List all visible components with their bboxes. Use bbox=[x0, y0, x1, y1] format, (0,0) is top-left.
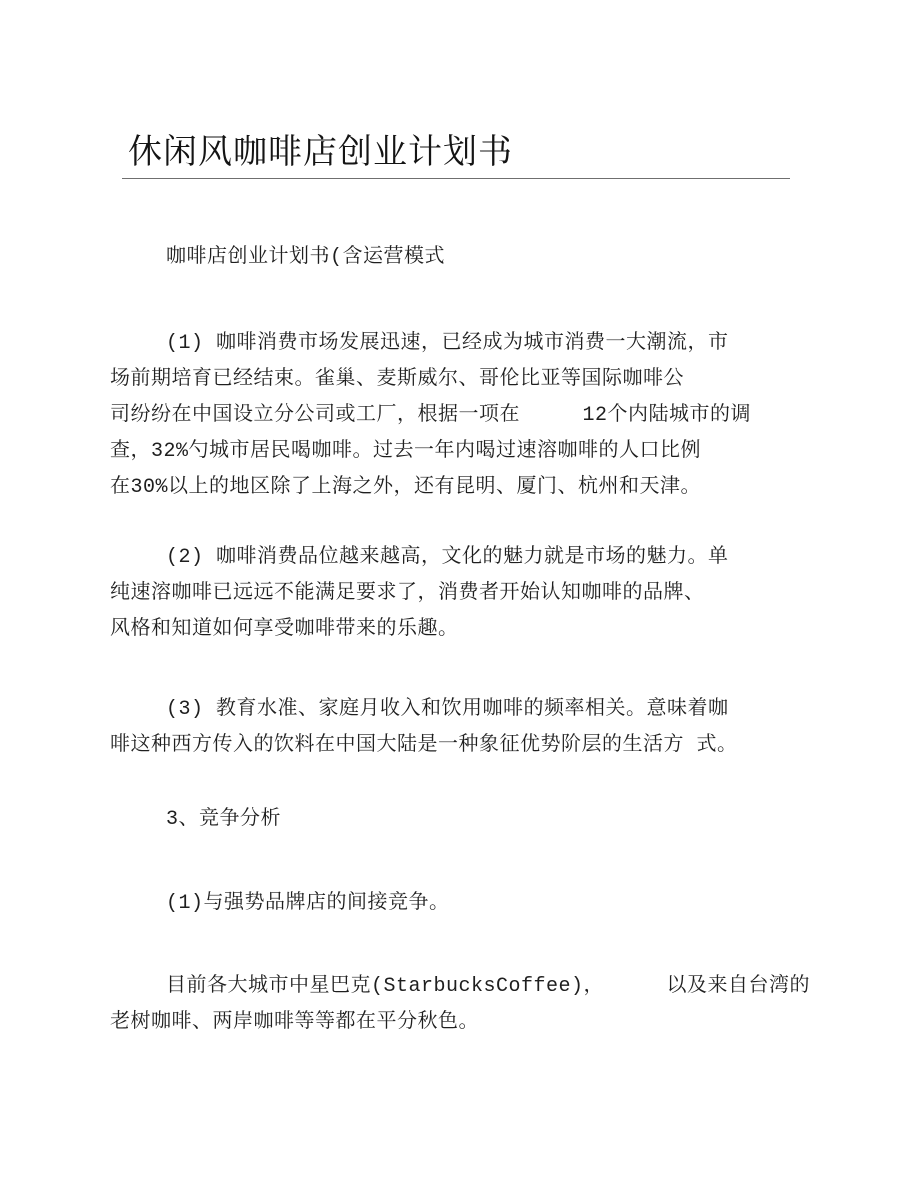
paragraph-line: 老树咖啡、两岸咖啡等等都在平分秋色。 bbox=[110, 1005, 770, 1041]
paragraph-2: (2) 咖啡消费品位越来越高，文化的魅力就是市场的魅力。单 纯速溶咖啡已远远不能… bbox=[110, 540, 770, 648]
paragraph-line: 啡这种西方传入的饮料在中国大陆是一种象征优势阶层的生活方 式。 bbox=[110, 728, 770, 764]
paragraph-line: 在30%以上的地区除了上海之外，还有昆明、厦门、杭州和天津。 bbox=[110, 470, 770, 506]
section-point-block: (1)与强势品牌店的间接竞争。 bbox=[110, 886, 770, 922]
section-heading-block: 3、竞争分析 bbox=[110, 802, 770, 838]
document-page: 休闲风咖啡店创业计划书 咖啡店创业计划书(含运营模式 (1) 咖啡消费市场发展迅… bbox=[0, 0, 920, 1192]
paragraph-line: 目前各大城市中星巴克(StarbucksCoffee)， 以及来自台湾的 bbox=[110, 969, 770, 1005]
paragraph-3: (3) 教育水准、家庭月收入和饮用咖啡的频率相关。意味着咖 啡这种西方传入的饮料… bbox=[110, 692, 770, 764]
paragraph-line: 纯速溶咖啡已远远不能满足要求了，消费者开始认知咖啡的品牌、 bbox=[110, 576, 770, 612]
paragraph-line: (3) 教育水准、家庭月收入和饮用咖啡的频率相关。意味着咖 bbox=[110, 692, 770, 728]
page-title: 休闲风咖啡店创业计划书 bbox=[128, 124, 513, 174]
title-underline bbox=[122, 178, 790, 179]
paragraph-line: (1) 咖啡消费市场发展迅速，已经成为城市消费一大潮流，市 bbox=[110, 326, 770, 362]
document-subtitle: 咖啡店创业计划书(含运营模式 bbox=[110, 240, 770, 276]
paragraph-line: 查，32%勺城市居民喝咖啡。过去一年内喝过速溶咖啡的人口比例 bbox=[110, 434, 770, 470]
paragraph-line: (2) 咖啡消费品位越来越高，文化的魅力就是市场的魅力。单 bbox=[110, 540, 770, 576]
paragraph-line: 场前期培育已经结束。雀巢、麦斯威尔、哥伦比亚等国际咖啡公 bbox=[110, 362, 770, 398]
section-heading: 3、竞争分析 bbox=[110, 802, 770, 838]
paragraph-4: 目前各大城市中星巴克(StarbucksCoffee)， 以及来自台湾的 老树咖… bbox=[110, 969, 770, 1041]
paragraph-1: (1) 咖啡消费市场发展迅速，已经成为城市消费一大潮流，市 场前期培育已经结束。… bbox=[110, 326, 770, 506]
paragraph-line: 风格和知道如何享受咖啡带来的乐趣。 bbox=[110, 612, 770, 648]
paragraph-line: 司纷纷在中国设立分公司或工厂，根据一项在 12个内陆城市的调 bbox=[110, 398, 770, 434]
document-subtitle-block: 咖啡店创业计划书(含运营模式 bbox=[110, 240, 770, 276]
section-point: (1)与强势品牌店的间接竞争。 bbox=[110, 886, 770, 922]
